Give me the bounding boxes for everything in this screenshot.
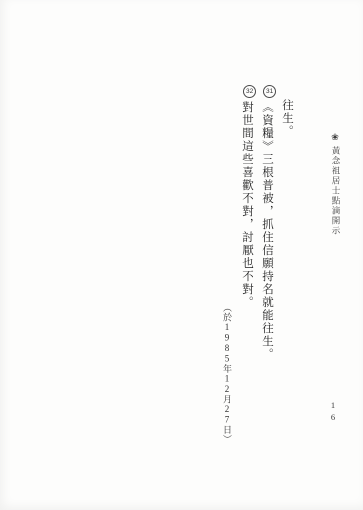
date-note: （於1985年12月27日） <box>217 84 237 444</box>
item-number-badge-31: 31 <box>263 85 276 98</box>
main-text-block: 往生。 31《資糧》三根普被，抓住信願持名就能往生。 32對世間這些喜歡不對，討… <box>217 84 297 444</box>
item-text-31: 《資糧》三根普被，抓住信願持名就能往生。 <box>261 101 273 361</box>
item-text-32: 對世間這些喜歡不對，討厭也不對。 <box>241 101 253 309</box>
teaching-item-31: 31《資糧》三根普被，抓住信願持名就能往生。 <box>257 84 277 444</box>
teaching-item-32: 32對世間這些喜歡不對，討厭也不對。 <box>237 84 257 444</box>
book-page: ❀黃念祖居士點滴開示 往生。 31《資糧》三根普被，抓住信願持名就能往生。 32… <box>0 0 363 510</box>
item-number-badge-32: 32 <box>243 85 256 98</box>
flower-ornament-icon: ❀ <box>331 133 341 146</box>
continuation-line: 往生。 <box>277 84 297 444</box>
running-header: ❀黃念祖居士點滴開示 <box>330 133 342 236</box>
running-header-title: 黃念祖居士點滴開示 <box>331 146 341 236</box>
page-number: 16 <box>328 400 338 424</box>
